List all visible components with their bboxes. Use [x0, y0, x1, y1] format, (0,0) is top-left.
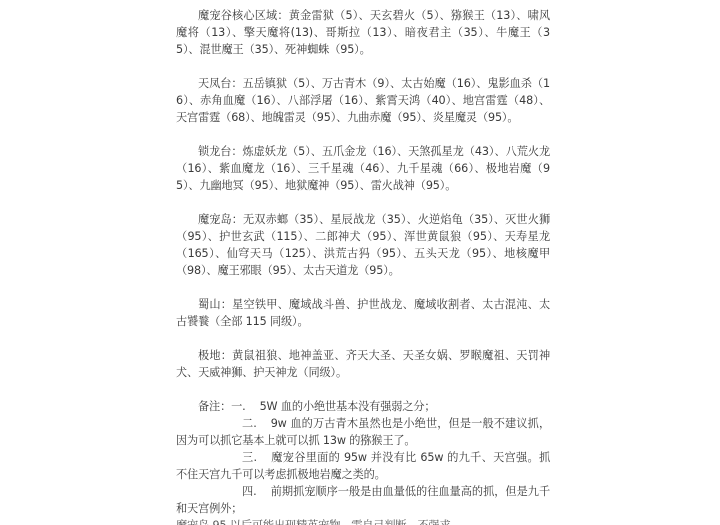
document-page: 魔宠谷核心区域：黄金雷狱（5）、天玄碧火（5）、猕猴王（13）、啸风魔将（13）… [176, 7, 550, 404]
paragraph-shushan: 蜀山：星空铁甲、魔域战斗兽、护世战龙、魔域收割者、太古混沌、太古饕餮（全部 11… [176, 296, 550, 330]
region-label: 极地： [198, 349, 232, 362]
note-text: 5W 血的小绝世基本没有强弱之分； [260, 400, 436, 404]
paragraph-tianfengtai: 天凤台：五岳镇狱（5）、万古青木（9）、太古始魔（16）、鬼影血杀（16）、赤角… [176, 75, 550, 126]
pet-list: 星空铁甲、魔域战斗兽、护世战龙、魔域收割者、太古混沌、太古饕餮（全部 115 同… [176, 298, 550, 328]
region-label: 锁龙台： [198, 145, 243, 158]
paragraph-mochongdao: 魔宠岛：无双赤螂（35）、星辰战龙（35）、火逆焰龟（35）、灭世火狮（95）、… [176, 211, 550, 279]
pet-list: 黄鼠祖狼、地神盖亚、齐天大圣、天圣女娲、罗睺魔祖、天罚神犬、天威神狮、护天神龙（… [176, 349, 550, 379]
region-label: 天凤台： [198, 77, 243, 90]
region-label: 魔宠岛： [198, 213, 243, 226]
notes-section: 备注：一.5W 血的小绝世基本没有强弱之分； 二.9w 血的万古青木虽然也是小绝… [176, 398, 550, 404]
paragraph-jidi: 极地：黄鼠祖狼、地神盖亚、齐天大圣、天圣女娲、罗睺魔祖、天罚神犬、天威神狮、护天… [176, 347, 550, 381]
note-number: 一. [231, 400, 245, 404]
paragraph-mochonggu: 魔宠谷核心区域：黄金雷狱（5）、天玄碧火（5）、猕猴王（13）、啸风魔将（13）… [176, 7, 550, 58]
region-label: 魔宠谷核心区域： [198, 9, 289, 22]
note-item-1: 备注：一.5W 血的小绝世基本没有强弱之分； [176, 398, 550, 404]
region-label: 蜀山： [198, 298, 232, 311]
notes-label: 备注： [198, 400, 231, 404]
paragraph-suolongtai: 锁龙台：炼虚妖龙（5）、五爪金龙（16）、天煞孤星龙（43）、八荒火龙（16）、… [176, 143, 550, 194]
